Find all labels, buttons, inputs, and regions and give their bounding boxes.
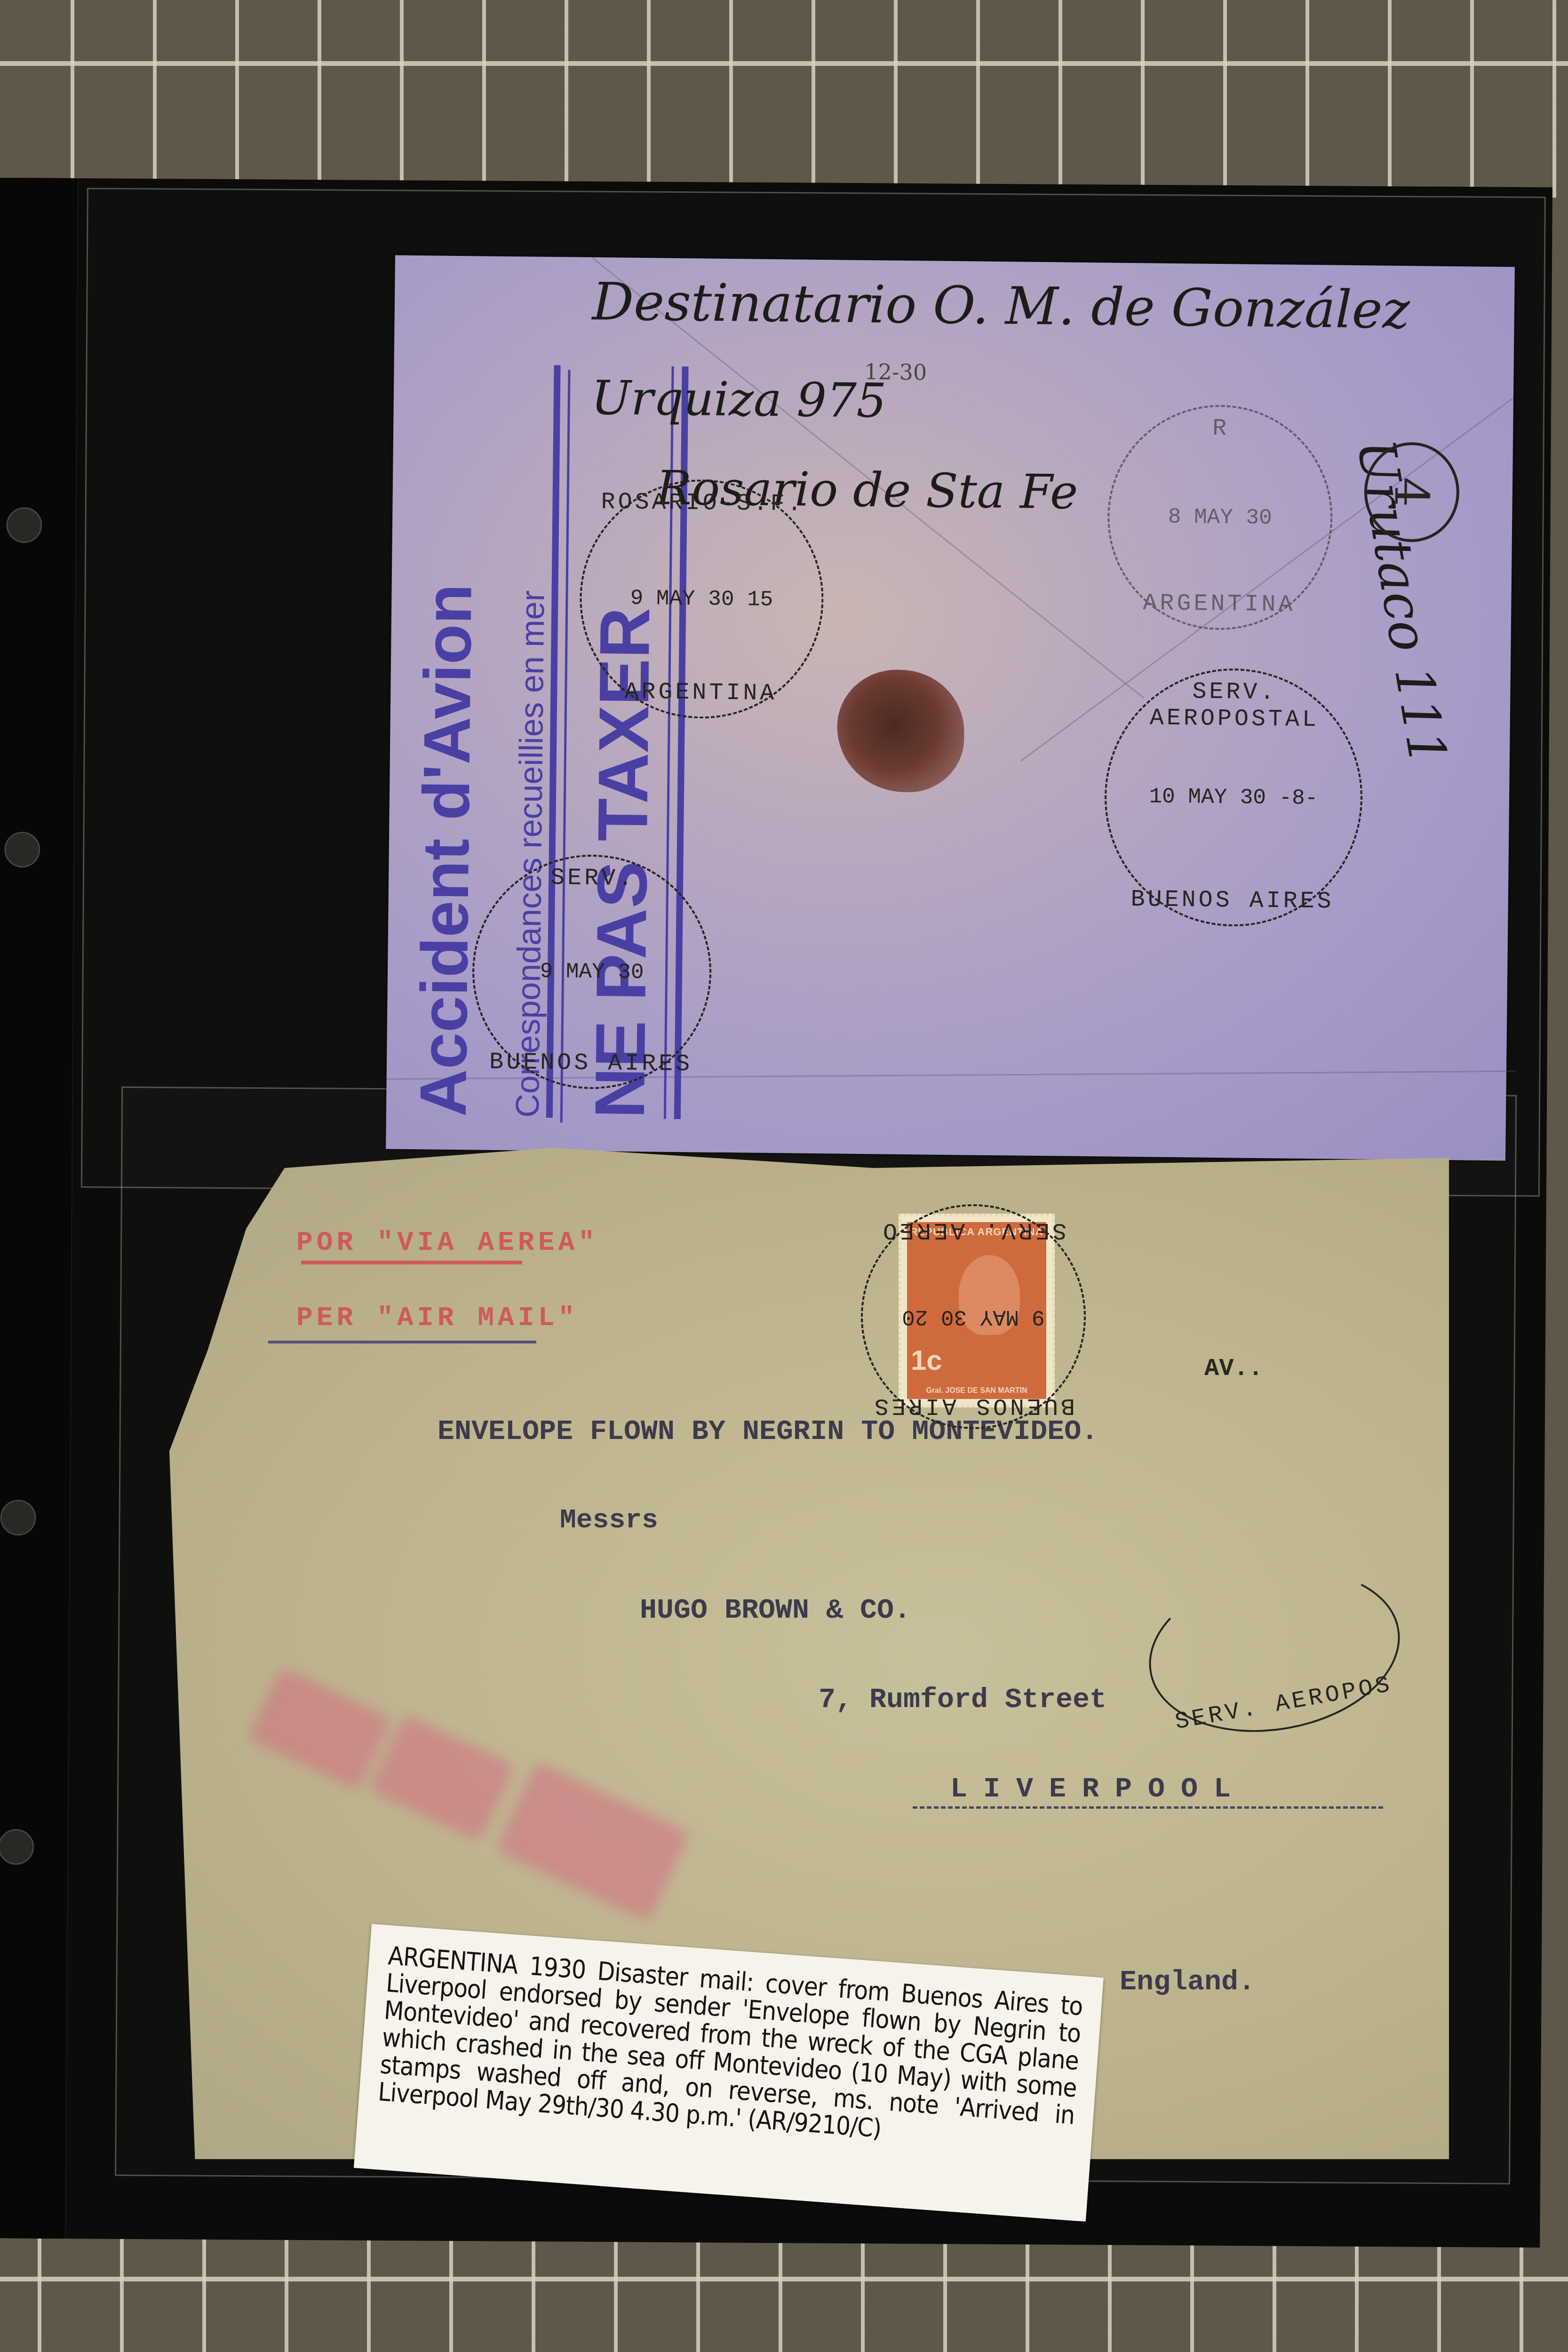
manuscript-street: Urquiza 975 <box>591 370 887 429</box>
serv-buenos-aires-postmark-left: SERV. 9 MAY 30 BUENOS AIRES <box>471 853 712 1090</box>
address-salutation: Messrs <box>560 1505 658 1536</box>
circled-mark: 4 <box>1364 442 1460 542</box>
airmail-underline <box>301 1261 522 1264</box>
pencil-note: 12-30 <box>864 359 927 385</box>
city-underline <box>913 1806 1383 1809</box>
label-text: ARGENTINA 1930 Disaster mail: cover from… <box>377 1942 1084 2156</box>
address-street: 7, Rumford Street <box>819 1684 1106 1716</box>
address-country: England. <box>1120 1966 1255 1998</box>
punch-hole-icon <box>0 1500 36 1535</box>
manuscript-recipient: Destinatario O. M. de González <box>592 271 1410 340</box>
airmail-underline-blue <box>268 1341 536 1343</box>
airmail-etiquette-line1: POR "VIA AEREA" <box>296 1228 598 1258</box>
argentina-postmark-faint: R 8 MAY 30 ARGENTINA <box>1106 404 1334 631</box>
binding-strip <box>0 178 79 2239</box>
serv-aeropostal-postmark: SERV. AEROPOSTAL 10 MAY 30 -8- BUENOS AI… <box>1103 667 1364 928</box>
rosario-postmark: ROSARIO-S.F. 9 MAY 30 15 ARGENTINA <box>579 478 825 720</box>
address-city: LIVERPOOL <box>950 1773 1247 1805</box>
punch-hole-icon <box>4 832 40 867</box>
cachet-accident-davion: Accident d'Avion <box>405 583 487 1117</box>
grid-mat-top <box>0 0 1568 198</box>
red-cachet-smear <box>495 1761 690 1922</box>
serv-aeropostal-partial: SERV. AEROPOS <box>1136 1550 1413 1751</box>
buenos-aires-postmark-on-stamp: BUENOS AIRES 9 MAY 30 20 SERV. AEREO <box>861 1204 1086 1429</box>
address-name: HUGO BROWN & CO. <box>640 1595 911 1627</box>
airmail-etiquette-line2: PER "AIR MAIL" <box>296 1303 578 1334</box>
aeropostal-fragment: AV.. <box>1204 1355 1263 1383</box>
red-cachet-smear <box>247 1667 392 1791</box>
red-cachet-smear <box>369 1714 516 1842</box>
wax-seal-remnant <box>836 669 965 793</box>
top-cover-reverse: Accident d'Avion Correspondances recueil… <box>386 255 1515 1161</box>
punch-hole-icon <box>6 507 42 543</box>
